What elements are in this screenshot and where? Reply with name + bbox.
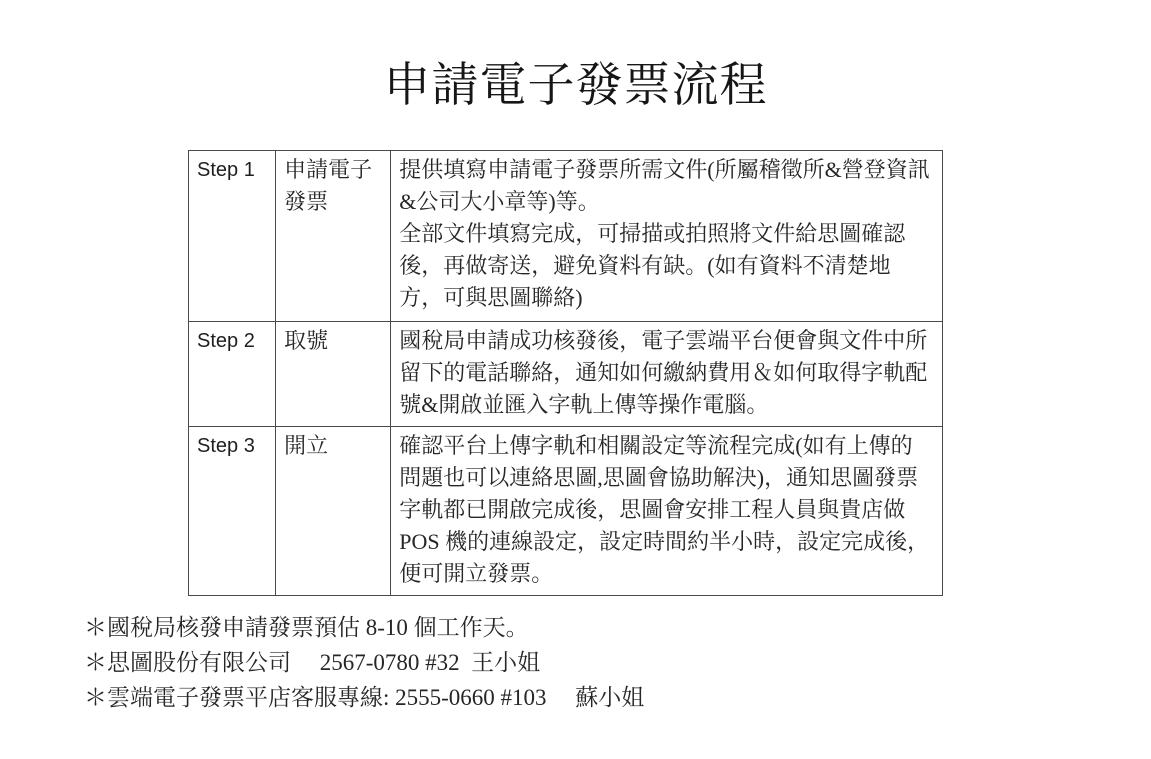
footnotes: ＊國稅局核發申請發票預估 8-10 個工作天。 ＊思圖股份有限公司 2567-0… xyxy=(84,610,644,715)
step3-name: 開立 xyxy=(276,427,391,596)
table-row-step2: Step 2 取號 國稅局申請成功核發後，電子雲端平台便會與文件中所留下的電話聯… xyxy=(189,322,943,427)
step2-label: Step 2 xyxy=(189,322,276,427)
footnote-service-hotline: ＊雲端電子發票平店客服專線: 2555-0660 #103 蘇小姐 xyxy=(84,680,644,715)
step1-description: 提供填寫申請電子發票所需文件(所屬稽徵所&營登資訊&公司大小章等)等。 全部文件… xyxy=(391,151,943,322)
footnote-processing-time: ＊國稅局核發申請發票預估 8-10 個工作天。 xyxy=(84,610,644,645)
page-title: 申請電子發票流程 xyxy=(0,48,1151,115)
footnote-company-contact: ＊思圖股份有限公司 2567-0780 #32 王小姐 xyxy=(84,645,644,680)
document-page: { "page": { "title": "申請電子發票流程" }, "tabl… xyxy=(0,0,1151,759)
step2-description: 國稅局申請成功核發後，電子雲端平台便會與文件中所留下的電話聯絡，通知如何繳納費用… xyxy=(391,322,943,427)
table-row-step3: Step 3 開立 確認平台上傳字軌和相關設定等流程完成(如有上傳的問題也可以連… xyxy=(189,427,943,596)
table-row-step1: Step 1 申請電子發票 提供填寫申請電子發票所需文件(所屬稽徵所&營登資訊&… xyxy=(189,151,943,322)
step1-name: 申請電子發票 xyxy=(276,151,391,322)
step2-name: 取號 xyxy=(276,322,391,427)
steps-table: Step 1 申請電子發票 提供填寫申請電子發票所需文件(所屬稽徵所&營登資訊&… xyxy=(188,150,943,596)
step3-label: Step 3 xyxy=(189,427,276,596)
step3-description: 確認平台上傳字軌和相關設定等流程完成(如有上傳的問題也可以連絡思圖,思圖會協助解… xyxy=(391,427,943,596)
step1-label: Step 1 xyxy=(189,151,276,322)
